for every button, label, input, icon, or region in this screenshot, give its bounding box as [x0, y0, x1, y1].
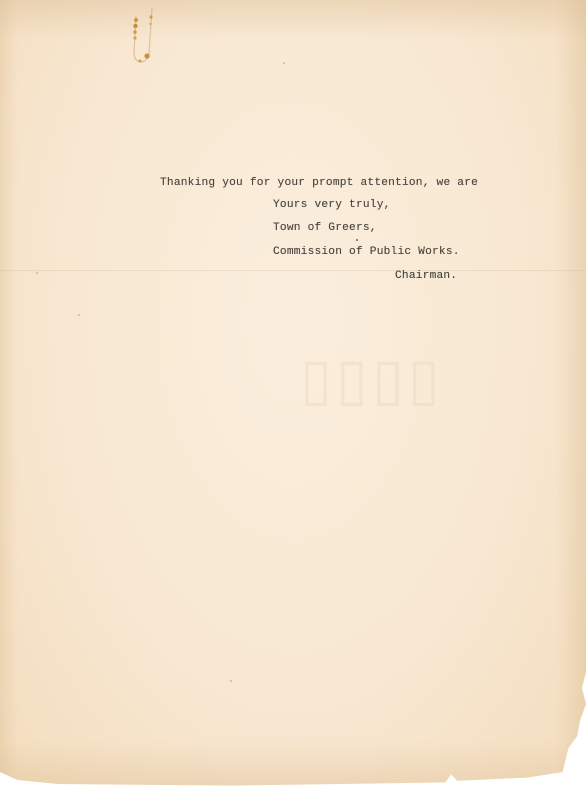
- closing-line-thanks: Thanking you for your prompt attention, …: [160, 177, 478, 189]
- bottom-edge-discoloration: [0, 740, 586, 800]
- closing-salutation: Yours very truly,: [273, 199, 391, 211]
- paper-speck: [78, 314, 80, 316]
- signatory-department: Commission of Public Works.: [273, 246, 460, 258]
- paper-speck: [36, 272, 38, 274]
- rust-stain-icon: [128, 4, 158, 64]
- top-edge-discoloration: [0, 0, 586, 40]
- paper-speck: [283, 62, 285, 64]
- left-edge-discoloration: [0, 0, 18, 800]
- paper-speck: [230, 680, 232, 682]
- faint-watermark: ▯▯▯▯: [300, 345, 586, 425]
- signatory-title: Chairman.: [395, 270, 457, 282]
- signatory-organization: Town of Greers,: [273, 222, 377, 234]
- ink-dot: [356, 239, 358, 241]
- paper-fold-line: [0, 270, 586, 271]
- letter-page: ▯▯▯▯ Thanking you for your prompt attent…: [0, 0, 586, 800]
